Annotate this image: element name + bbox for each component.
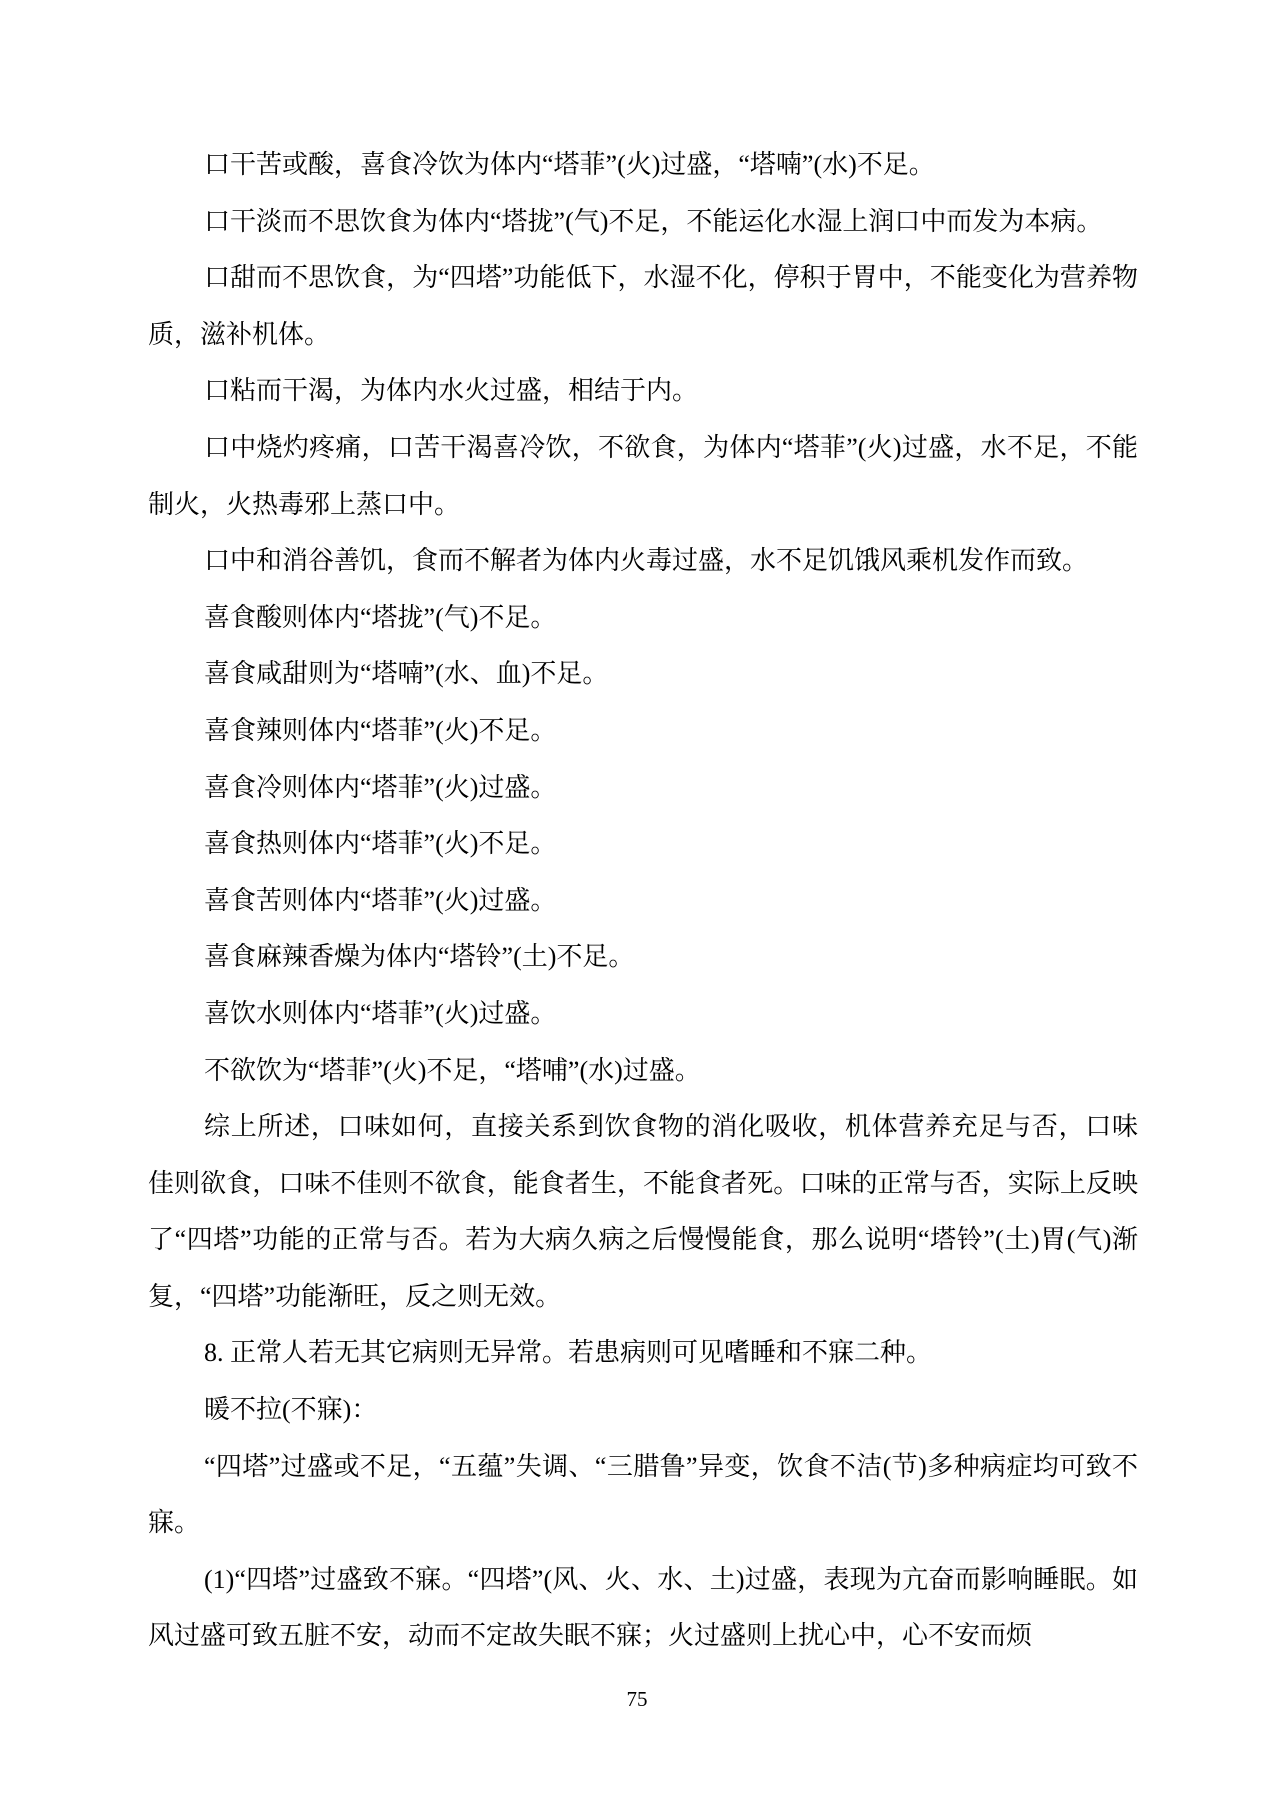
- paragraph: 喜食冷则体内“塔菲”(火)过盛。: [148, 760, 1138, 817]
- paragraph: 口干苦或酸，喜食冷饮为体内“塔菲”(火)过盛，“塔喃”(水)不足。: [148, 137, 1138, 194]
- paragraph: 喜食苦则体内“塔菲”(火)过盛。: [148, 873, 1138, 930]
- paragraph: 口干淡而不思饮食为体内“塔拢”(气)不足，不能运化水湿上润口中而发为本病。: [148, 194, 1138, 251]
- paragraph: 喜食酸则体内“塔拢”(气)不足。: [148, 590, 1138, 647]
- page-number: 75: [0, 1686, 1274, 1712]
- paragraph: 不欲饮为“塔菲”(火)不足，“塔哺”(水)过盛。: [148, 1043, 1138, 1100]
- paragraph: 口粘而干渴，为体内水火过盛，相结于内。: [148, 363, 1138, 420]
- paragraph: “四塔”过盛或不足，“五蕴”失调、“三腊鲁”异变，饮食不洁(节)多种病症均可致不…: [148, 1439, 1138, 1552]
- paragraph: 口中和消谷善饥，食而不解者为体内火毒过盛，水不足饥饿风乘机发作而致。: [148, 533, 1138, 590]
- paragraph: 喜食辣则体内“塔菲”(火)不足。: [148, 703, 1138, 760]
- paragraph: (1)“四塔”过盛致不寐。“四塔”(风、火、水、土)过盛，表现为亢奋而影响睡眠。…: [148, 1552, 1138, 1665]
- paragraph: 喜食热则体内“塔菲”(火)不足。: [148, 816, 1138, 873]
- paragraph: 8. 正常人若无其它病则无异常。若患病则可见嗜睡和不寐二种。: [148, 1325, 1138, 1382]
- paragraph: 喜食咸甜则为“塔喃”(水、血)不足。: [148, 646, 1138, 703]
- paragraph: 喜食麻辣香燥为体内“塔铃”(土)不足。: [148, 929, 1138, 986]
- paragraph: 喜饮水则体内“塔菲”(火)过盛。: [148, 986, 1138, 1043]
- paragraph: 口甜而不思饮食，为“四塔”功能低下，水湿不化，停积于胃中，不能变化为营养物质，滋…: [148, 250, 1138, 363]
- paragraph: 综上所述，口味如何，直接关系到饮食物的消化吸收，机体营养充足与否，口味佳则欲食，…: [148, 1099, 1138, 1325]
- document-page: 口干苦或酸，喜食冷饮为体内“塔菲”(火)过盛，“塔喃”(水)不足。 口干淡而不思…: [0, 0, 1274, 1801]
- paragraph: 口中烧灼疼痛，口苦干渴喜冷饮，不欲食，为体内“塔菲”(火)过盛，水不足，不能制火…: [148, 420, 1138, 533]
- paragraph: 暖不拉(不寐)：: [148, 1382, 1138, 1439]
- page-body-text: 口干苦或酸，喜食冷饮为体内“塔菲”(火)过盛，“塔喃”(水)不足。 口干淡而不思…: [148, 137, 1138, 1665]
